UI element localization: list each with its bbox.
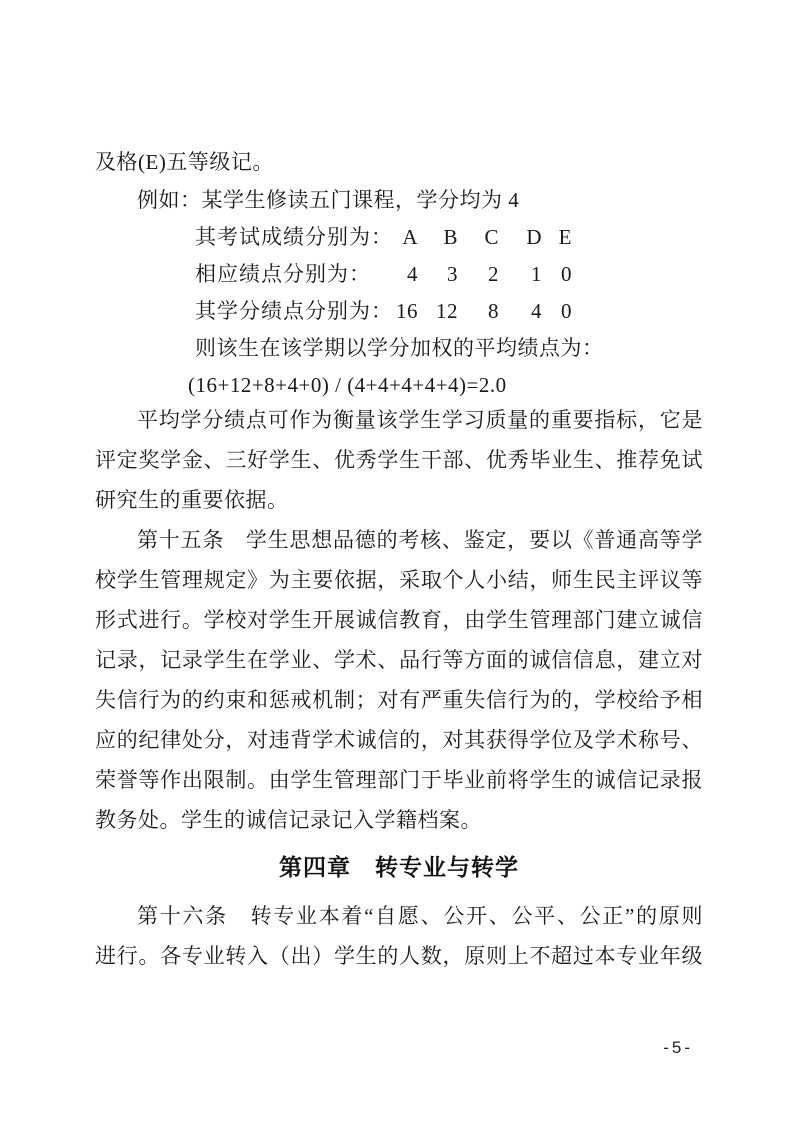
grade-table-cell: 0 [532,293,572,330]
grade-table-row-points: 相应绩点分别为： 4 3 2 1 0 [95,256,703,293]
body-line: 记录，记录学生在学业、学术、品行等方面的诚信信息，建立对 [95,640,703,680]
grade-table-cell: 2 [459,256,499,293]
body-line-grade-levels: 及格(E)五等级记。 [95,142,703,182]
body-line-article-16: 第十六条 转专业本着“自愿、公开、公平、公正”的原则 [95,896,703,936]
grade-table-cell: C [459,219,499,256]
body-line: 研究生的重要依据。 [95,480,703,520]
body-line-article-15: 第十五条 学生思想品德的考核、鉴定，要以《普通高等学 [95,520,703,560]
body-line: 失信行为的约束和惩戒机制；对有严重失信行为的，学校给予相 [95,680,703,720]
body-line-gpa-intro: 则该生在该学期以学分加权的平均绩点为： [195,330,703,367]
grade-table-cell: B [418,219,458,256]
body-line: 进行。各专业转入（出）学生的人数，原则上不超过本专业年级 [95,936,703,976]
body-line: 评定奖学金、三好学生、优秀学生干部、优秀毕业生、推荐免试 [95,440,703,480]
document-page: 及格(E)五等级记。 例如：某学生修读五门课程，学分均为 4 其考试成绩分别为：… [0,0,793,1122]
page-content: 及格(E)五等级记。 例如：某学生修读五门课程，学分均为 4 其考试成绩分别为：… [95,142,703,976]
body-line-example-intro: 例如：某学生修读五门课程，学分均为 4 [95,182,703,219]
grade-table-row-credit-points: 其学分绩点分别为： 16 12 8 4 0 [95,293,703,330]
grade-table-cell: 4 [378,256,418,293]
grade-table-cell: 3 [418,256,458,293]
grade-table-row-label: 相应绩点分别为： [195,262,371,286]
chapter-heading: 第四章 转专业与转学 [95,847,703,887]
body-line: 校学生管理规定》为主要依据，采取个人小结，师生民主评议等 [95,560,703,600]
grade-table-cell: E [532,219,572,256]
grade-table-cell: 0 [532,256,572,293]
grade-table-row-label: 其考试成绩分别为： [195,225,393,249]
grade-table-cell: 16 [378,293,418,330]
grade-table-row-label: 其学分绩点分别为： [195,299,393,323]
gpa-formula: (16+12+8+4+0) / (4+4+4+4+4)=2.0 [188,367,703,404]
body-line: 教务处。学生的诚信记录记入学籍档案。 [95,800,703,840]
body-line: 形式进行。学校对学生开展诚信教育，由学生管理部门建立诚信 [95,600,703,640]
body-line: 荣誉等作出限制。由学生管理部门于毕业前将学生的诚信记录报 [95,760,703,800]
body-line: 平均学分绩点可作为衡量该学生学习质量的重要指标，它是 [95,400,703,440]
grade-table-cell: 8 [459,293,499,330]
grade-table-cell: A [378,219,418,256]
grade-table-cell: 12 [418,293,458,330]
body-line: 应的纪律处分，对违背学术诚信的，对其获得学位及学术称号、 [95,720,703,760]
paragraph-block: 平均学分绩点可作为衡量该学生学习质量的重要指标，它是 评定奖学金、三好学生、优秀… [95,400,703,976]
page-number: -5- [663,1038,693,1058]
grade-table-row-scores: 其考试成绩分别为： A B C D E [95,219,703,256]
